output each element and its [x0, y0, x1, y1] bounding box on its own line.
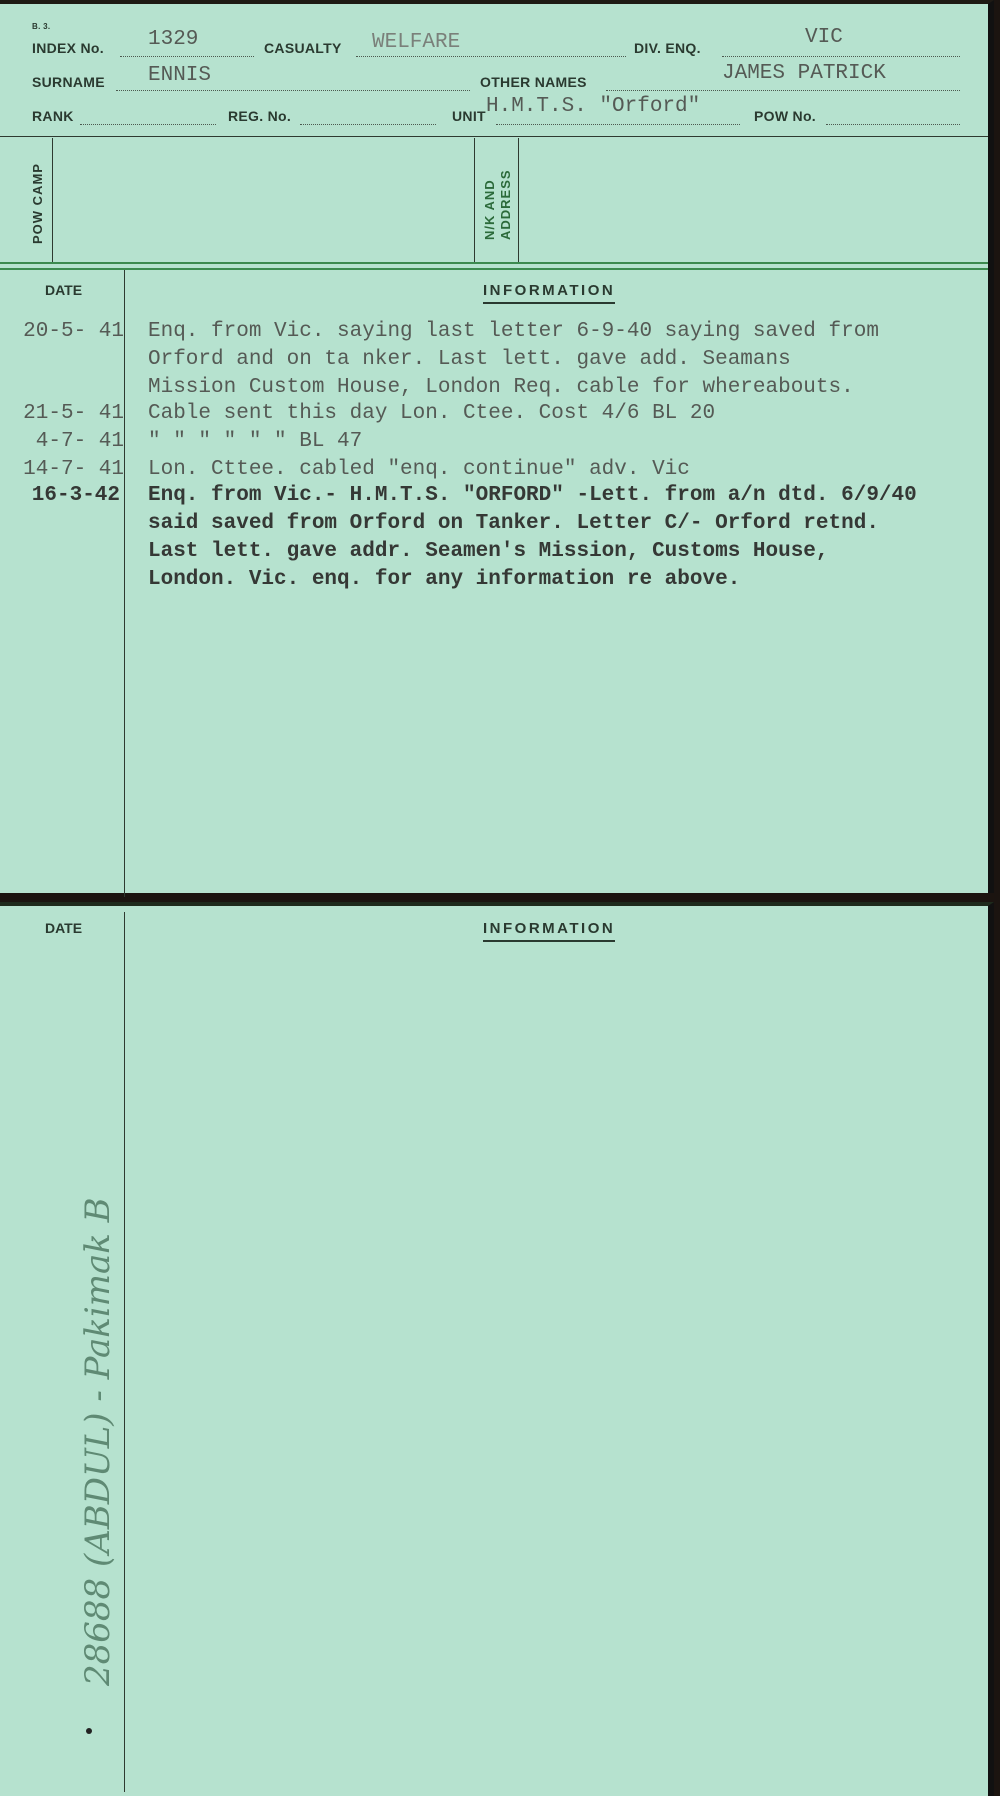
entry-text: Mission Custom House, London Req. cable …	[148, 376, 854, 399]
entry-text: said saved from Orford on Tanker. Letter…	[148, 512, 879, 535]
entry-text: Lon. Cttee. cabled "enq. continue" adv. …	[148, 458, 690, 481]
information-header: INFORMATION	[483, 920, 615, 942]
surname-dotted-line	[116, 90, 470, 91]
pow-no-label: POW No.	[754, 108, 816, 124]
index-card-back: DATE INFORMATION 28688 (ABDUL) - Pakimak…	[0, 902, 994, 1796]
other-names-dotted-line	[606, 90, 960, 91]
div-enq-dotted-line	[722, 56, 960, 57]
surname-value: ENNIS	[148, 64, 211, 87]
rank-label: RANK	[32, 108, 74, 124]
entry-date: 21-5- 41	[4, 402, 124, 425]
entry-text: Enq. from Vic. saying last letter 6-9-40…	[148, 320, 879, 343]
reg-no-label: REG. No.	[228, 108, 291, 124]
div-enq-value: VIC	[805, 26, 843, 49]
date-column-divider	[124, 270, 125, 897]
double-divider	[0, 262, 988, 264]
entry-date: 14-7- 41	[4, 458, 124, 481]
unit-value: H.M.T.S. "Orford"	[486, 95, 700, 118]
handwritten-note: 28688 (ABDUL) - Pakimak B	[78, 1197, 118, 1686]
divider	[0, 136, 988, 137]
pow-no-dotted-line	[826, 124, 960, 125]
casualty-value: WELFARE	[372, 31, 460, 54]
index-no-dotted-line	[120, 56, 254, 57]
information-header: INFORMATION	[483, 282, 615, 304]
double-divider	[0, 268, 988, 270]
entry-date: 4-7- 41	[4, 430, 124, 453]
index-card-front: B. 3. INDEX No. 1329 CASUALTY WELFARE DI…	[0, 0, 994, 893]
entry-date: 16-3-42	[0, 484, 120, 507]
entry-text: Last lett. gave addr. Seamen's Mission, …	[148, 540, 829, 563]
index-no-value: 1329	[148, 28, 198, 51]
div-enq-label: DIV. ENQ.	[634, 40, 701, 56]
divider	[518, 138, 519, 262]
casualty-dotted-line	[356, 56, 626, 57]
entry-text: " " " " " " BL 47	[148, 430, 362, 453]
divider	[52, 138, 53, 262]
entry-text: Orford and on ta nker. Last lett. gave a…	[148, 348, 791, 371]
reg-no-dotted-line	[300, 124, 436, 125]
unit-label: UNIT	[452, 108, 486, 124]
surname-label: SURNAME	[32, 74, 105, 90]
entry-text: London. Vic. enq. for any information re…	[148, 568, 740, 591]
entry-date: 20-5- 41	[4, 320, 124, 343]
entry-text: Cable sent this day Lon. Ctee. Cost 4/6 …	[148, 402, 715, 425]
other-names-value: JAMES PATRICK	[722, 62, 886, 85]
unit-dotted-line	[496, 124, 740, 125]
form-code: B. 3.	[32, 22, 50, 31]
other-names-label: OTHER NAMES	[480, 74, 587, 90]
date-header: DATE	[45, 920, 82, 936]
date-header: DATE	[45, 282, 82, 298]
nk-label-line2: ADDRESS	[498, 169, 513, 240]
index-no-label: INDEX No.	[32, 40, 104, 56]
entry-text: Enq. from Vic.- H.M.T.S. "ORFORD" -Lett.…	[148, 484, 917, 507]
ink-spot	[86, 1728, 92, 1734]
date-column-divider	[124, 912, 125, 1792]
rank-dotted-line	[80, 124, 216, 125]
casualty-label: CASUALTY	[264, 40, 342, 56]
nk-label-line1: N/K AND	[482, 179, 497, 240]
divider	[474, 138, 475, 262]
pow-camp-label: POW CAMP	[30, 163, 45, 244]
